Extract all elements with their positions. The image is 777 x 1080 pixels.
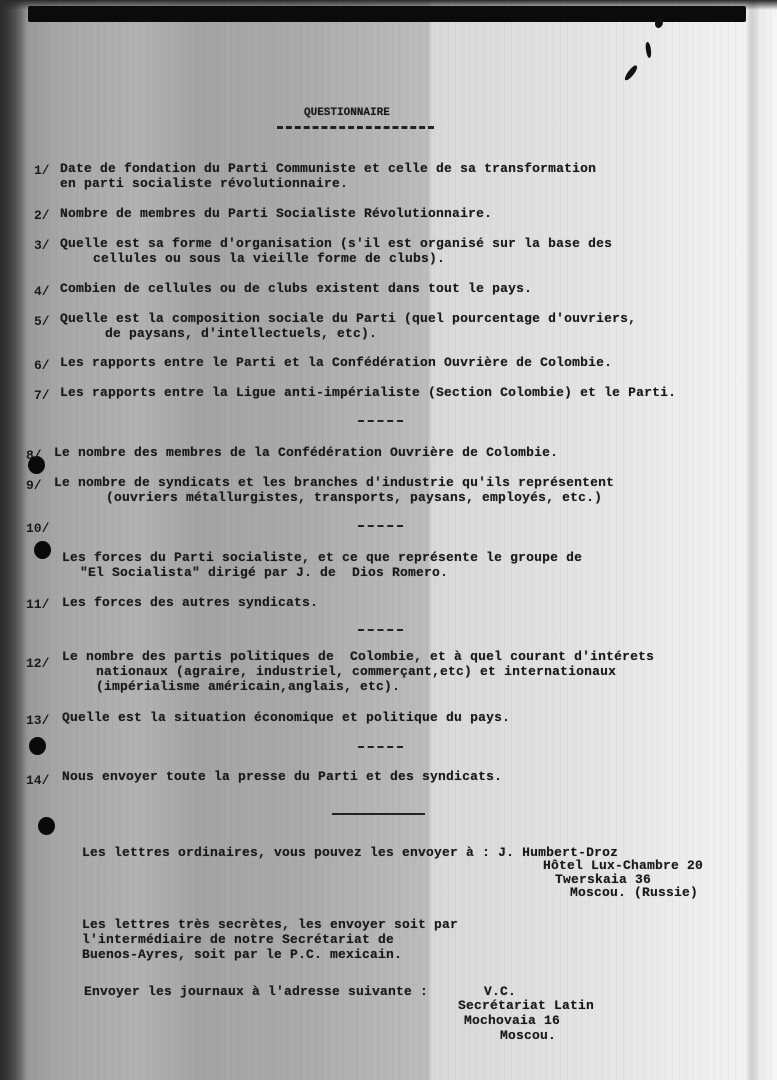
item-5-line-2: de paysans, d'intellectuels, etc). (105, 326, 377, 341)
item-number: 4/ (34, 284, 50, 299)
ordinary-address-line-1: Hôtel Lux-Chambre 20 (543, 858, 703, 873)
item-number: 10/ (26, 521, 49, 536)
closing-rule (332, 813, 425, 815)
item-4-line-1: Combien de cellules ou de clubs existent… (60, 281, 532, 296)
item-number: 5/ (34, 314, 50, 329)
item-3-line-1: Quelle est sa forme d'organisation (s'il… (60, 236, 612, 251)
item-9-line-2: (ouvriers métallurgistes, transports, pa… (106, 490, 602, 505)
separator (358, 420, 403, 422)
separator (358, 525, 403, 527)
newspapers-address-line-2: Secrétariat Latin (458, 998, 594, 1013)
item-6-line-1: Les rapports entre le Parti et la Conféd… (60, 355, 612, 370)
item-number: 11/ (26, 597, 49, 612)
item-3-line-2: cellules ou sous la vieille forme de clu… (93, 251, 445, 266)
punch-hole (38, 817, 55, 835)
secret-letters-line-2: l'intermédiaire de notre Secrétariat de (82, 932, 394, 947)
item-number: 7/ (34, 388, 50, 403)
punch-hole (34, 541, 51, 559)
item-13-line-1: Quelle est la situation économique et po… (62, 710, 510, 725)
secret-letters-line-3: Buenos-Ayres, soit par le P.C. mexicain. (82, 947, 402, 962)
item-14-line-1: Nous envoyer toute la presse du Parti et… (62, 769, 502, 784)
scan-top-border (28, 6, 746, 22)
scan-left-edge (0, 0, 18, 1080)
item-1-line-1: Date de fondation du Parti Communiste et… (60, 161, 596, 176)
separator (358, 746, 403, 748)
ordinary-address-line-3: Moscou. (Russie) (570, 885, 698, 900)
item-1-line-2: en parti socialiste révolutionnaire. (60, 176, 348, 191)
item-number: 13/ (26, 713, 49, 728)
item-number: 1/ (34, 163, 50, 178)
secret-letters-line-1: Les lettres très secrètes, les envoyer s… (82, 917, 458, 932)
item-number: 9/ (26, 478, 42, 493)
item-5-line-1: Quelle est la composition sociale du Par… (60, 311, 636, 326)
item-9-line-1: Le nombre de syndicats et les branches d… (54, 475, 614, 490)
ordinary-letters-text: Les lettres ordinaires, vous pouvez les … (82, 845, 618, 860)
ink-stain (645, 42, 653, 59)
item-2-line-1: Nombre de membres du Parti Socialiste Ré… (60, 206, 492, 221)
item-number: 8/ (26, 448, 42, 463)
item-number: 14/ (26, 773, 49, 788)
item-12-line-3: (impérialisme américain,anglais, etc). (96, 679, 400, 694)
item-number: 6/ (34, 358, 50, 373)
newspapers-address-line-4: Moscou. (500, 1028, 556, 1043)
newspapers-text: Envoyer les journaux à l'adresse suivant… (84, 984, 428, 999)
item-10-line-1: Les forces du Parti socialiste, et ce qu… (62, 550, 582, 565)
item-11-line-1: Les forces des autres syndicats. (62, 595, 318, 610)
ink-stain (623, 64, 638, 82)
item-number: 12/ (26, 656, 49, 671)
item-8-line-1: Le nombre des membres de la Confédératio… (54, 445, 558, 460)
item-number: 2/ (34, 208, 50, 223)
item-12-line-2: nationaux (agraire, industriel, commerça… (96, 664, 616, 679)
separator (358, 629, 403, 631)
document-title: QUESTIONNAIRE (304, 106, 390, 121)
scanned-page: QUESTIONNAIRE 1/ Date de fondation du Pa… (0, 0, 777, 1080)
item-12-line-1: Le nombre des partis politiques de Colom… (62, 649, 654, 664)
ink-stain (655, 18, 663, 28)
item-10-line-2: "El Socialista" dirigé par J. de Dios Ro… (80, 565, 448, 580)
newspapers-address-line-1: V.C. (484, 984, 516, 999)
item-7-line-1: Les rapports entre la Ligue anti-impéria… (60, 385, 676, 400)
title-underline (277, 126, 434, 129)
punch-hole (29, 737, 46, 755)
item-number: 3/ (34, 238, 50, 253)
newspapers-address-line-3: Mochovaia 16 (464, 1013, 560, 1028)
